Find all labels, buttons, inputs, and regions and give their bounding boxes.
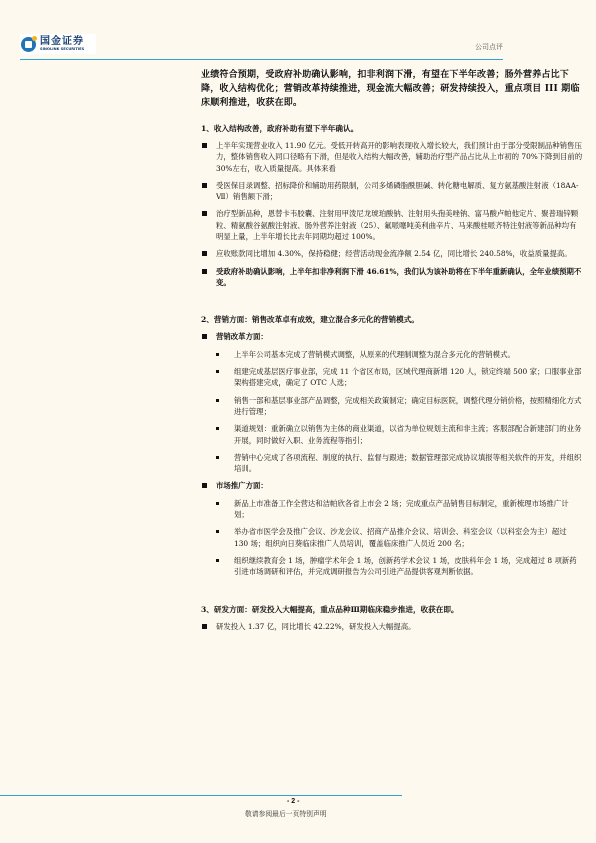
sub-bullet-item: 上半年公司基本完成了营销模式调整，从原来的代理制调整为混合多元化的营销模式。 [203,349,583,360]
square-bullet-icon [202,624,207,629]
square-bullet-icon [202,269,207,274]
small-bullet-icon [216,530,219,533]
square-bullet-icon [202,483,207,488]
sub-bullet-item: 组建完成基层医疗事业部，完成 11 个省区布局，区域代理商新增 120 人，锁定… [203,366,583,389]
bullet-item-highlight: 受政府补助确认影响，上半年扣非净利润下滑 46.61%，我们认为该补助将在下半年… [203,266,583,289]
small-bullet-icon [216,370,219,373]
footer-disclaimer: 敬请参阅最后一页特别声明 [245,808,327,818]
sub-bullet-item: 组织继续教育会 1 场，肿瘤学术年会 1 场，创新药学术会议 1 场，皮肤科年会… [203,555,583,578]
section-title-3: 3、研发方面：研发投入大幅提高，重点品种Ⅲ期临床稳步推进，收获在即。 [201,604,583,615]
group-label: 市场推广方面： [203,480,583,491]
small-bullet-icon [216,399,219,402]
page-header: 国金证券 SINOLINK SECURITIES 公司点评 [20,32,503,60]
section-title-1: 1、收入结构改善，政府补助有望下半年确认。 [201,123,583,134]
square-bullet-icon [202,183,207,188]
section-title-2: 2、营销方面：销售改革卓有成效，建立混合多元化的营销模式。 [201,314,583,325]
small-bullet-icon [216,353,219,356]
summary-headline: 业绩符合预期，受政府补助确认影响，扣非利润下滑，有望在下半年改善；肠外营养占比下… [201,68,583,111]
group-label: 营销改革方面： [203,331,583,342]
bullet-item: 应收账款同比增加 4.30%，保持稳健；经营活动现金流净额 2.54 亿，同比增… [203,248,583,259]
small-bullet-icon [216,559,219,562]
bullet-item: 受医保目录调整、招标降价和辅助用药限制，公司多烯磷脂酰胆碱、转化糖电解质、复方氨… [203,180,583,203]
logo-en-text: SINOLINK SECURITIES [40,48,84,52]
square-bullet-icon [202,251,207,256]
small-bullet-icon [216,427,219,430]
sub-bullet-item: 渠道规划：重新确立以销售为主体的商业渠道，以省为单位规划主流和非主流；客服部配合… [203,423,583,446]
sub-bullet-item: 营销中心完成了各项流程、制度的执行、监督与跟进；数据管理部完成协议填报等相关软件… [203,452,583,475]
logo-cn-text: 国金证券 [40,37,84,47]
company-logo: 国金证券 SINOLINK SECURITIES [20,34,96,54]
sub-bullet-item: 举办省市医学会及推广会议、沙龙会议、招商产品推介会议、培训会、科室会议（以科室会… [203,526,583,549]
logo-icon [21,37,36,52]
document-type: 公司点评 [475,42,503,52]
small-bullet-icon [216,502,219,505]
report-body: 业绩符合预期，受政府补助确认影响，扣非利润下滑，有望在下半年改善；肠外营养占比下… [203,68,583,632]
sub-bullet-item: 新品上市准备工作全营达和洁帕欣各省上市会 2 场；完成重点产品销售目标制定，重新… [203,498,583,521]
small-bullet-icon [216,456,219,459]
square-bullet-icon [202,143,207,148]
footer-divider [0,795,402,796]
bullet-item: 上半年实现营业收入 11.90 亿元。受低开转高开的影响表现收入增长较大，我们预… [203,140,583,174]
sub-bullet-item: 销售一部和基层事业部产品调整，完成相关政策制定；确定目标医院，调整代理分销价格，… [203,395,583,418]
square-bullet-icon [202,211,207,216]
bullet-item: 研发投入 1.37 亿，同比增长 42.22%，研发投入大幅提高。 [203,621,583,632]
bullet-item: 治疗型新品种，恩替卡韦胶囊、注射用甲泼尼龙琥珀酸钠、注射用头孢美唑钠、富马酸卢帕… [203,208,583,242]
page-number: - 2 - [287,798,299,805]
square-bullet-icon [202,334,207,339]
